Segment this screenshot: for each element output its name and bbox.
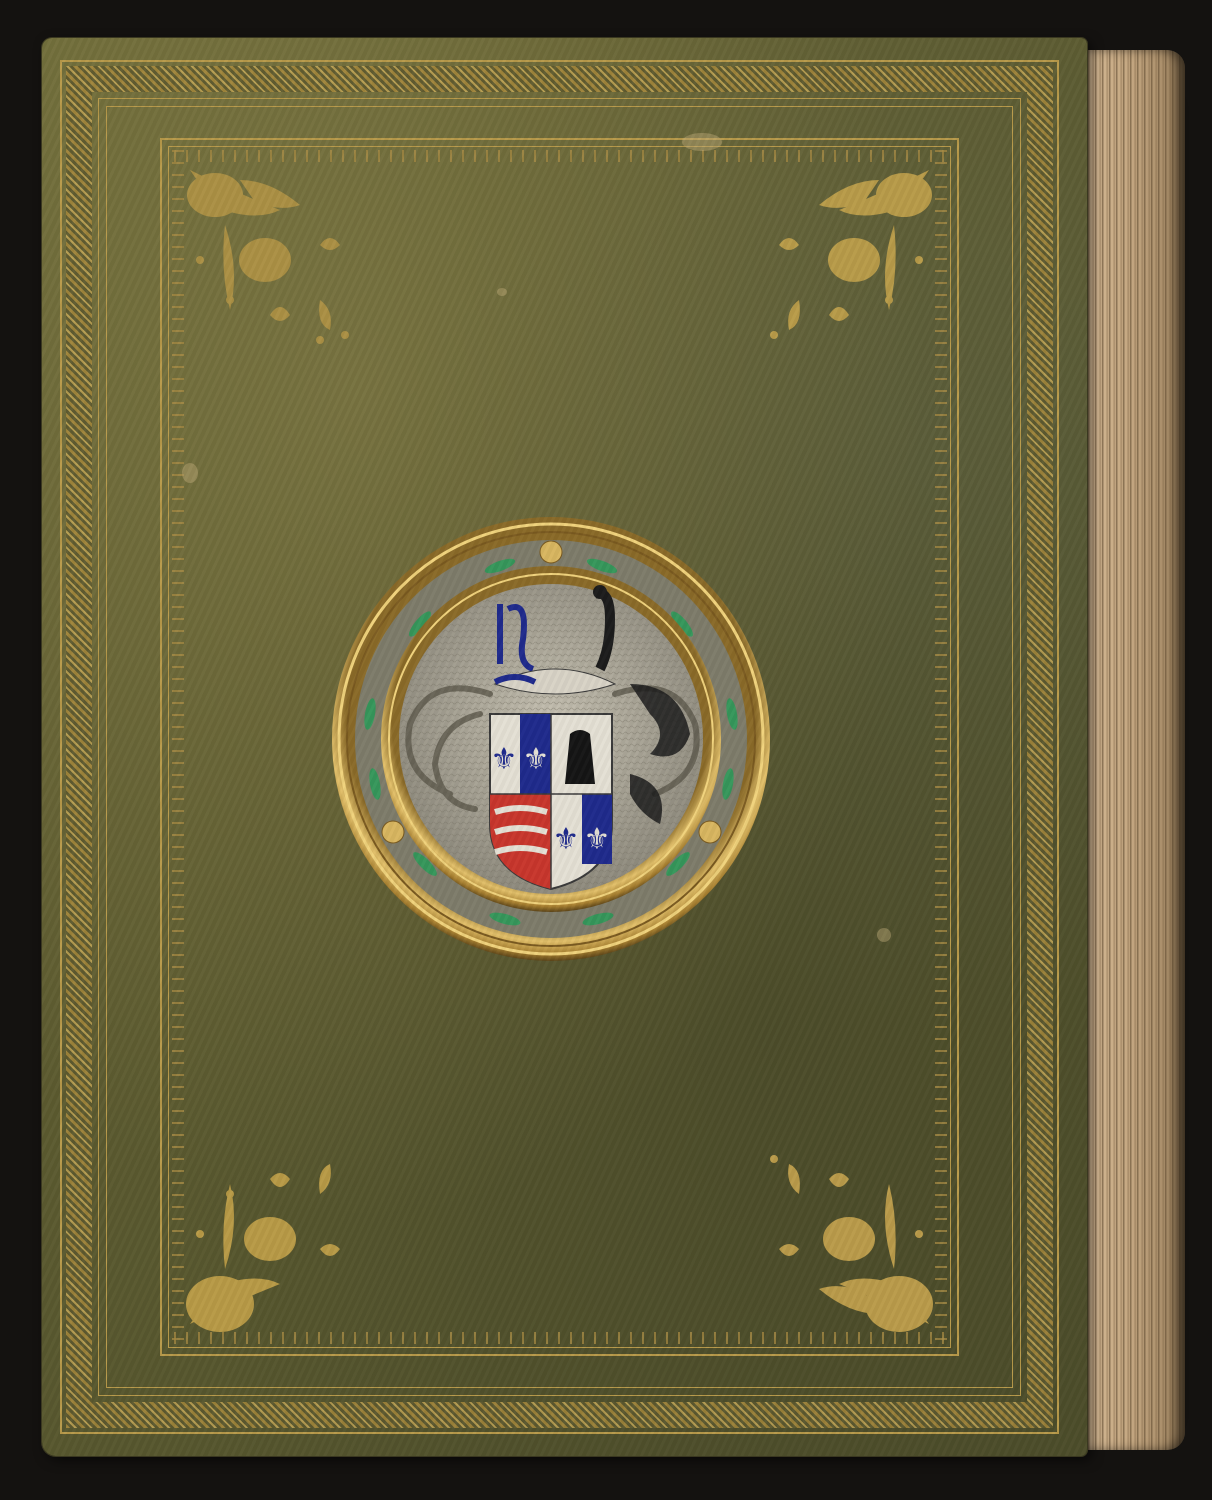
corner-fleuron-ornament bbox=[170, 150, 360, 350]
corner-fleuron-ornament bbox=[759, 1144, 949, 1344]
heraldic-medallion: ⚜ ⚜ ⚜ ⚜ bbox=[330, 514, 772, 964]
book-cover: ⚜ ⚜ ⚜ ⚜ bbox=[42, 38, 1087, 1456]
corner-fleuron-ornament bbox=[759, 150, 949, 350]
fleuron-icon bbox=[759, 150, 949, 350]
svg-text:⚜: ⚜ bbox=[553, 822, 580, 857]
scuff-mark bbox=[877, 928, 891, 942]
coat-of-arms-icon: ⚜ ⚜ ⚜ ⚜ bbox=[330, 514, 772, 964]
fleuron-icon bbox=[170, 1144, 360, 1344]
corner-fleuron-ornament bbox=[170, 1144, 360, 1344]
photograph: ⚜ ⚜ ⚜ ⚜ bbox=[0, 0, 1212, 1500]
svg-text:⚜: ⚜ bbox=[584, 822, 611, 857]
fleuron-icon bbox=[759, 1144, 949, 1344]
svg-text:⚜: ⚜ bbox=[491, 742, 518, 777]
svg-text:⚜: ⚜ bbox=[523, 742, 550, 777]
scuff-mark bbox=[182, 463, 198, 483]
scuff-mark bbox=[497, 288, 507, 296]
fleuron-icon bbox=[170, 150, 360, 350]
scuff-mark bbox=[682, 133, 722, 151]
